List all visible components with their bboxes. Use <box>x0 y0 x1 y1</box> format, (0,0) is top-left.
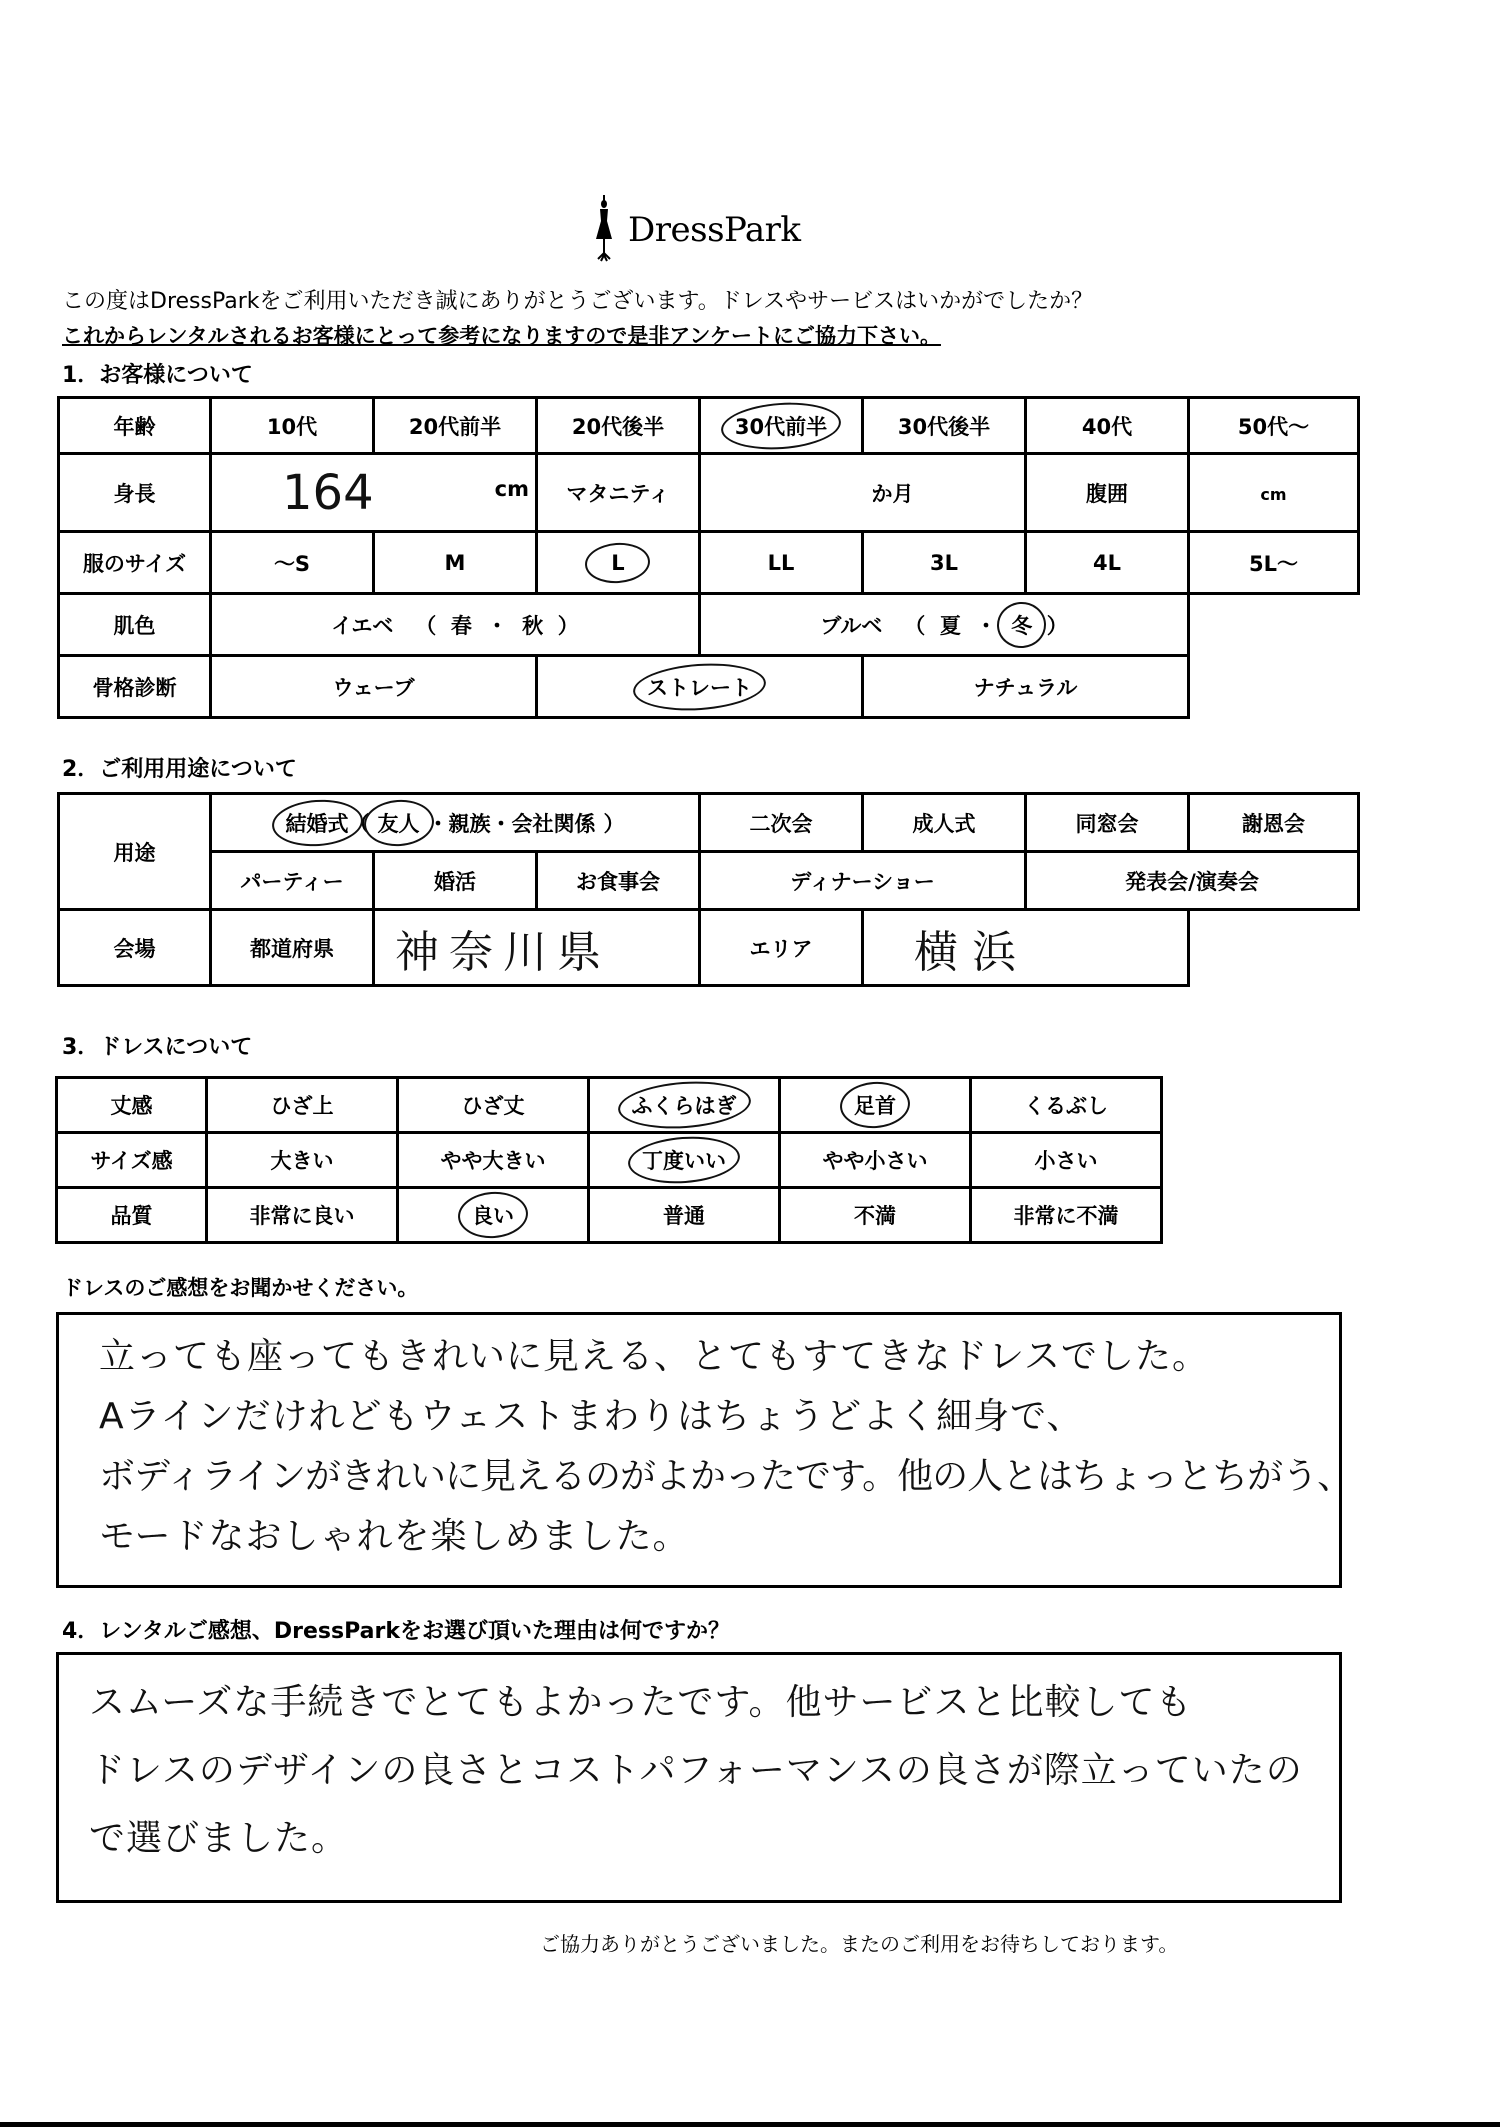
age-row: 年齢 10代 20代前半 20代後半 30代前半 30代後半 40代 50代～ <box>59 398 1359 454</box>
height-unit: cm <box>495 477 529 501</box>
skin-label: 肌色 <box>59 594 211 656</box>
quality-label: 品質 <box>57 1188 207 1243</box>
frame-option[interactable]: ナチュラル <box>863 656 1189 718</box>
size-option[interactable]: ～S <box>211 532 374 594</box>
age-option-selected[interactable]: 30代前半 <box>700 398 863 454</box>
dress-rating-table: 丈感 ひざ上 ひざ丈 ふくらはぎ 足首 くるぶし サイズ感 大きい やや大きい … <box>55 1076 1163 1244</box>
fit-option[interactable]: やや大きい <box>398 1133 589 1188</box>
quality-row: 品質 非常に良い 良い 普通 不満 非常に不満 <box>57 1188 1162 1243</box>
area-label: エリア <box>700 910 863 986</box>
age-option[interactable]: 40代 <box>1026 398 1189 454</box>
skin-winter-selected: 冬 <box>1011 610 1032 640</box>
age-option[interactable]: 50代～ <box>1189 398 1359 454</box>
age-label: 年齢 <box>59 398 211 454</box>
skin-row: 肌色 イエベ （ 春 ・ 秋 ） ブルベ （ 夏 ・ 冬 ） <box>59 594 1359 656</box>
waist-unit: cm <box>1260 485 1286 504</box>
fit-row: サイズ感 大きい やや大きい 丁度いい やや小さい 小さい <box>57 1133 1162 1188</box>
fit-option-selected[interactable]: 丁度いい <box>589 1133 780 1188</box>
scan-edge-divider <box>0 2122 1500 2127</box>
frame-label: 骨格診断 <box>59 656 211 718</box>
quality-option-selected[interactable]: 良い <box>398 1188 589 1243</box>
size-option[interactable]: M <box>374 532 537 594</box>
dress-comment-prompt: ドレスのご感想をお聞かせください。 <box>62 1272 418 1302</box>
waist-label: 腹囲 <box>1026 454 1189 532</box>
comment-line: モードなおしゃれを楽しめました。 <box>99 1509 690 1565</box>
prefecture-label: 都道府県 <box>211 910 374 986</box>
fit-label: サイズ感 <box>57 1133 207 1188</box>
size-option-selected[interactable]: L <box>537 532 700 594</box>
waist-field[interactable]: cm <box>1189 454 1359 532</box>
size-option[interactable]: 4L <box>1026 532 1189 594</box>
section-2-title: 2．ご利用用途について <box>62 752 297 783</box>
fit-option[interactable]: 大きい <box>207 1133 398 1188</box>
size-row: 服のサイズ ～S M L LL 3L 4L 5L～ <box>59 532 1359 594</box>
skin-yellow-option[interactable]: イエベ （ 春 ・ 秋 ） <box>211 594 700 656</box>
purpose-label: 用途 <box>59 794 211 910</box>
size-option[interactable]: 3L <box>863 532 1026 594</box>
length-label: 丈感 <box>57 1078 207 1133</box>
area-value: 横浜 <box>914 927 1030 978</box>
fit-option[interactable]: やや小さい <box>780 1133 971 1188</box>
quality-option[interactable]: 非常に良い <box>207 1188 398 1243</box>
purpose-wedding-option[interactable]: 結婚式（友人・親族・会社関係） <box>211 794 700 852</box>
fit-option[interactable]: 小さい <box>971 1133 1162 1188</box>
height-value: 164 <box>282 465 374 521</box>
intro-line-1: この度はDressParkをご利用いただき誠にありがとうございます。ドレスやサー… <box>62 284 1093 315</box>
size-label: 服のサイズ <box>59 532 211 594</box>
frame-option[interactable]: ウェーブ <box>211 656 537 718</box>
age-option[interactable]: 30代後半 <box>863 398 1026 454</box>
comment-line: ドレスのデザインの良さとコストパフォーマンスの良さが際立っていたの <box>89 1743 1303 1799</box>
size-option[interactable]: 5L～ <box>1189 532 1359 594</box>
length-option[interactable]: くるぶし <box>971 1078 1162 1133</box>
comment-line: で選びました。 <box>89 1811 348 1867</box>
height-row: 身長 164 cm マタニティ か月 腹囲 cm <box>59 454 1359 532</box>
quality-option[interactable]: 非常に不満 <box>971 1188 1162 1243</box>
age-option[interactable]: 10代 <box>211 398 374 454</box>
height-field[interactable]: 164 cm <box>211 454 537 532</box>
purpose-option[interactable]: 謝恩会 <box>1189 794 1359 852</box>
dress-comment-box[interactable]: 立っても座ってもきれいに見える、とてもすてきなドレスでした。 Aラインだけれども… <box>56 1312 1342 1588</box>
skin-blue-option[interactable]: ブルベ （ 夏 ・ 冬 ） <box>700 594 1189 656</box>
purpose-option[interactable]: 婚活 <box>374 852 537 910</box>
wedding-selected: 結婚式 <box>286 808 349 838</box>
section-3-title: 3．ドレスについて <box>62 1030 252 1061</box>
length-option[interactable]: ひざ丈 <box>398 1078 589 1133</box>
frame-row: 骨格診断 ウェーブ ストレート ナチュラル <box>59 656 1359 718</box>
length-option-selected[interactable]: 足首 <box>780 1078 971 1133</box>
brand-logo: DressPark <box>590 195 801 265</box>
height-label: 身長 <box>59 454 211 532</box>
length-row: 丈感 ひざ上 ひざ丈 ふくらはぎ 足首 くるぶし <box>57 1078 1162 1133</box>
purpose-option[interactable]: 同窓会 <box>1026 794 1189 852</box>
rental-comment-box[interactable]: スムーズな手続きでとてもよかったです。他サービスと比較しても ドレスのデザインの… <box>56 1652 1342 1903</box>
purpose-option[interactable]: パーティー <box>211 852 374 910</box>
friend-selected: 友人 <box>378 808 420 838</box>
purpose-option[interactable]: ディナーショー <box>700 852 1026 910</box>
quality-option[interactable]: 不満 <box>780 1188 971 1243</box>
maternity-unit: か月 <box>872 482 914 506</box>
size-option[interactable]: LL <box>700 532 863 594</box>
usage-table: 用途 結婚式（友人・親族・会社関係） 二次会 成人式 同窓会 謝恩会 パーティー… <box>57 792 1360 987</box>
purpose-option[interactable]: お食事会 <box>537 852 700 910</box>
purpose-option[interactable]: 発表会/演奏会 <box>1026 852 1359 910</box>
venue-label: 会場 <box>59 910 211 986</box>
frame-option-selected[interactable]: ストレート <box>537 656 863 718</box>
maternity-field[interactable]: か月 <box>700 454 1026 532</box>
age-option[interactable]: 20代前半 <box>374 398 537 454</box>
quality-option[interactable]: 普通 <box>589 1188 780 1243</box>
section-1-title: 1．お客様について <box>62 358 253 389</box>
purpose-option[interactable]: 二次会 <box>700 794 863 852</box>
comment-line: スムーズな手続きでとてもよかったです。他サービスと比較しても <box>89 1675 1193 1731</box>
age-option[interactable]: 20代後半 <box>537 398 700 454</box>
comment-line: ボディラインがきれいに見えるのがよかったです。他の人とはちょっとちがう、 <box>99 1449 1352 1505</box>
length-option-selected[interactable]: ふくらはぎ <box>589 1078 780 1133</box>
section-4-title: 4．レンタルご感想、DressParkをお選び頂いた理由は何ですか？ <box>62 1614 730 1645</box>
dress-mannequin-icon <box>590 195 618 265</box>
prefecture-value: 神奈川県 <box>395 927 611 978</box>
intro-line-2: これからレンタルされるお客様にとって参考になりますので是非アンケートにご協力下さ… <box>62 320 941 350</box>
area-field[interactable]: 横浜 <box>863 910 1189 986</box>
purpose-option[interactable]: 成人式 <box>863 794 1026 852</box>
footer-thanks: ご協力ありがとうございました。またのご利用をお待ちしております。 <box>540 1928 1178 1957</box>
prefecture-field[interactable]: 神奈川県 <box>374 910 700 986</box>
maternity-label: マタニティ <box>537 454 700 532</box>
comment-line: Aラインだけれどもウェストまわりはちょうどよく細身で、 <box>99 1389 1083 1445</box>
length-option[interactable]: ひざ上 <box>207 1078 398 1133</box>
comment-line: 立っても座ってもきれいに見える、とてもすてきなドレスでした。 <box>99 1329 1209 1385</box>
brand-name: DressPark <box>628 210 801 250</box>
customer-info-table: 年齢 10代 20代前半 20代後半 30代前半 30代後半 40代 50代～ … <box>57 396 1360 719</box>
